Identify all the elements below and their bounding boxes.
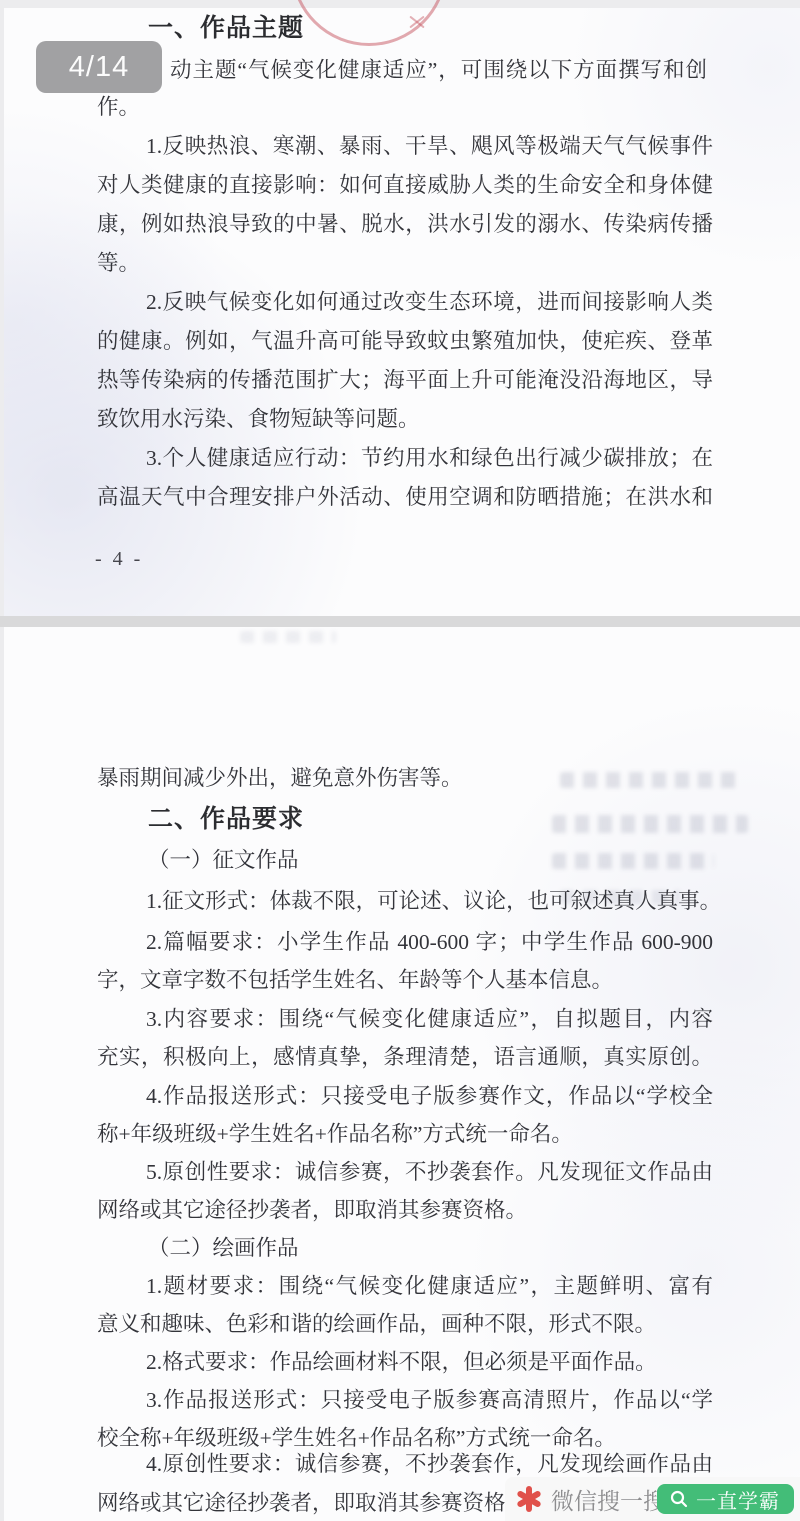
doc-line: 一、作品主题 [148,13,304,43]
doc-line: 动主题“气候变化健康适应”，可围绕以下方面撰写和创 [170,55,707,85]
red-stamp-mark-icon [408,14,426,30]
wechat-search-label: 微信搜一搜 [551,1483,666,1516]
search-button-label: 一直学霸 [696,1485,780,1514]
doc-line: 3.内容要求：围绕“气候变化健康适应”，自拟题目，内容 [146,1004,713,1034]
doc-line: 热等传染病的传播范围扩大；海平面上升可能淹没沿海地区，导 [97,365,713,395]
wechat-search-spark-icon [515,1485,543,1513]
doc-line: 1.题材要求：围绕“气候变化健康适应”，主题鲜明、富有 [146,1271,713,1301]
doc-line: 4.作品报送形式：只接受电子版参赛作文，作品以“学校全 [146,1081,713,1111]
ink-bleed [560,772,742,788]
doc-line: 意义和趣味、色彩和谐的绘画作品，画种不限，形式不限。 [97,1309,656,1339]
doc-line: 致饮用水污染、食物短缺等问题。 [97,404,420,434]
ink-bleed [552,815,748,833]
document-viewer: 一、作品主题动主题“气候变化健康适应”，可围绕以下方面撰写和创作。1.反映热浪、… [0,0,800,1521]
doc-line: 作。 [97,92,140,122]
wechat-search-bar[interactable]: 微信搜一搜 一直学霸 [505,1477,800,1521]
doc-line: 2.反映气候变化如何通过改变生态环境，进而间接影响人类 [146,287,713,317]
doc-line: 二、作品要求 [148,804,304,834]
doc-line: 对人类健康的直接影响：如何直接威胁人类的生命安全和身体健 [97,170,713,200]
page-indicator-badge: 4/14 [36,41,162,93]
doc-line: 康，例如热浪导致的中暑、脱水，洪水引发的溺水、传染病传播 [97,209,713,239]
doc-line: 网络或其它途径抄袭者，即取消其参赛资格。 [97,1195,527,1225]
doc-line: - 4 - [95,544,143,574]
doc-line: 等。 [97,248,140,278]
doc-line: 2.格式要求：作品绘画材料不限，但必须是平面作品。 [146,1347,657,1377]
doc-line: 2.篇幅要求：小学生作品 400-600 字；中学生作品 600-900 [146,927,713,957]
search-icon [670,1490,688,1508]
doc-line: 称+年级班级+学生姓名+作品名称”方式统一命名。 [97,1119,573,1149]
page-divider [0,616,800,627]
search-pill-button[interactable]: 一直学霸 [657,1484,794,1514]
doc-line: 充实，积极向上，感情真挚，条理清楚，语言通顺，真实原创。 [97,1042,713,1072]
doc-line: （二）绘画作品 [148,1233,299,1263]
ink-bleed [552,853,714,869]
doc-line: 3.作品报送形式：只接受电子版参赛高清照片，作品以“学 [146,1385,713,1415]
doc-line: 字，文章字数不包括学生姓名、年龄等个人基本信息。 [97,965,613,995]
doc-line: 网络或其它途径抄袭者，即取消其参赛资格 [97,1488,506,1518]
doc-line: 3.个人健康适应行动：节约用水和绿色出行减少碳排放；在 [146,443,713,473]
doc-line: （一）征文作品 [148,845,299,875]
ink-bleed [240,631,336,643]
doc-line: 1.征文形式：体裁不限，可论述、议论，也可叙述真人真事。 [146,886,713,916]
doc-line: 1.反映热浪、寒潮、暴雨、干旱、飓风等极端天气气候事件 [146,131,713,161]
doc-line: 的健康。例如，气温升高可能导致蚊虫繁殖加快，使疟疾、登革 [97,326,713,356]
doc-line: 4.原创性要求：诚信参赛，不抄袭套作，凡发现绘画作品由 [146,1449,713,1479]
doc-line: 暴雨期间减少外出，避免意外伤害等。 [97,763,463,793]
doc-line: 高温天气中合理安排户外活动、使用空调和防晒措施；在洪水和 [97,482,713,512]
doc-line: 5.原创性要求：诚信参赛，不抄袭套作。凡发现征文作品由 [146,1157,713,1187]
